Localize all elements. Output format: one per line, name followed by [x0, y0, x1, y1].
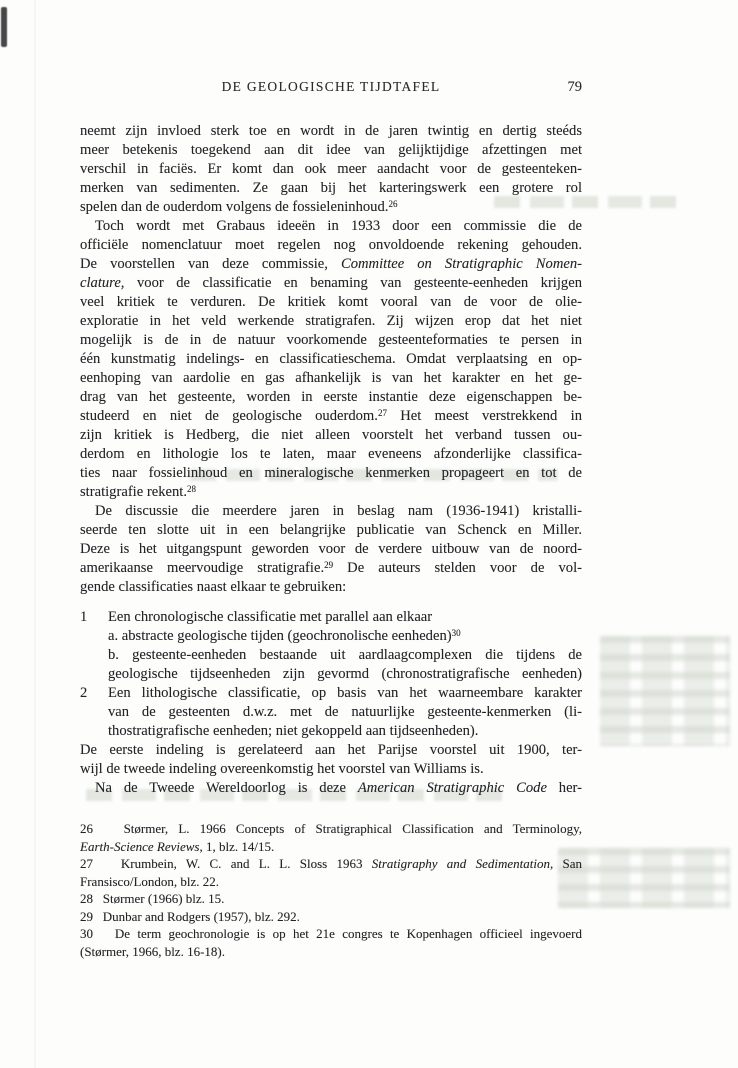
- footnote-line: Fransisco/London, blz. 22.: [80, 873, 582, 891]
- text-run: Een lithologische classificatie, op basi…: [108, 685, 582, 701]
- text-run: Een chronologische classificatie met par…: [108, 609, 432, 625]
- text-run: thostratigrafische eenheden; niet gekopp…: [108, 723, 478, 739]
- text-run: 26 Størmer, L. 1966 Concepts of Stratigr…: [80, 821, 582, 836]
- text-line: b. gesteente-eenheden bestaande uit aard…: [80, 646, 582, 665]
- text-run: merken van sedimenten. Ze gaan bij het k…: [80, 180, 582, 196]
- text-line: 1Een chronologische classificatie met pa…: [80, 608, 582, 627]
- text-run: Committee on Stratigraphic Nomen-: [341, 256, 582, 272]
- text-run: 30 De term geochronologie is op het 21e …: [80, 926, 582, 941]
- text-run: , 1, blz. 14/15.: [199, 839, 274, 854]
- text-line: thostratigrafische eenheden; niet gekopp…: [80, 722, 582, 741]
- paragraph-4: De eerste indeling is gerelateerd aan he…: [80, 741, 582, 798]
- running-header-title: DE GEOLOGISCHE TIJDTAFEL: [222, 79, 441, 94]
- left-edge-mark: [1, 7, 7, 47]
- text-run: Fransisco/London, blz. 22.: [80, 874, 219, 889]
- footnote-line: Earth-Science Reviews, 1, blz. 14/15.: [80, 838, 582, 856]
- paragraph-1: neemt zijn invloed sterk toe en wordt in…: [80, 122, 582, 217]
- text-line: De voorstellen van deze commissie, Commi…: [80, 255, 582, 274]
- text-run: Toch wordt met Grabaus ideeën in 1933 do…: [95, 218, 582, 234]
- text-line: mogelijk is de in de natuur voorkomende …: [80, 331, 582, 350]
- classification-list: 1Een chronologische classificatie met pa…: [80, 608, 582, 741]
- text-run: San: [553, 856, 582, 871]
- type-area: DE GEOLOGISCHE TIJDTAFEL 79 neemt zijn i…: [80, 78, 582, 960]
- text-line: stratigrafie rekent.28: [80, 483, 582, 502]
- bleed-through-artifact: [600, 636, 730, 746]
- text-run: voor de classificatie en benaming van ge…: [124, 275, 582, 291]
- text-run: Deze is het uitgangspunt geworden voor d…: [80, 541, 582, 557]
- text-line: Toch wordt met Grabaus ideeën in 1933 do…: [80, 217, 582, 236]
- text-line: geologische tijdseenheden zijn gevormd (…: [80, 665, 582, 684]
- text-run: De voorstellen van deze commissie,: [80, 256, 341, 272]
- text-line: meer betekenis toegekend aan dit idee va…: [80, 141, 582, 160]
- text-line: wijl de tweede indeling overeenkomstig h…: [80, 760, 582, 779]
- text-run: b. gesteente-eenheden bestaande uit aard…: [108, 647, 582, 663]
- text-run: derdom en lithologie los te laten, maar …: [80, 446, 582, 462]
- text-line: drag van het gesteente, worden in eerste…: [80, 388, 582, 407]
- text-run: gende classificaties naast elkaar te geb…: [80, 579, 346, 595]
- text-line: studeerd en niet de geologische ouderdom…: [80, 407, 582, 426]
- text-run: Het meest verstrekkend in: [387, 408, 582, 424]
- text-line: van de gesteenten d.w.z. met de natuurli…: [80, 703, 582, 722]
- footnote-reference: 29: [324, 560, 333, 570]
- footnotes: 26 Størmer, L. 1966 Concepts of Stratigr…: [80, 820, 582, 960]
- footnote-line: 29 Dunbar and Rodgers (1957), blz. 292.: [80, 908, 582, 926]
- footnote-reference: 27: [378, 408, 387, 418]
- paragraph-2: Toch wordt met Grabaus ideeën in 1933 do…: [80, 217, 582, 502]
- text-run: mogelijk is de in de natuur voorkomende …: [80, 332, 582, 348]
- text-line: Na de Tweede Wereldoorlog is deze Americ…: [80, 779, 582, 798]
- text-line: verschil in faciës. Er komt dan ook meer…: [80, 160, 582, 179]
- text-run: officiële nomenclatuur moet regelen nog …: [80, 237, 582, 253]
- text-line: eenhoping van aardolie en gas afhankelij…: [80, 369, 582, 388]
- text-line: a. abstracte geologische tijden (geochro…: [80, 627, 582, 646]
- text-run: her-: [547, 780, 582, 796]
- footnote-reference: 26: [388, 199, 397, 209]
- text-line: seerde ten slotte uit in een belangrijke…: [80, 521, 582, 540]
- text-run: studeerd en niet de geologische ouderdom…: [80, 408, 378, 424]
- text-line: 2Een lithologische classificatie, op bas…: [80, 684, 582, 703]
- text-run: 27 Krumbein, W. C. and L. L. Sloss 1963: [80, 856, 372, 871]
- text-run: stratigrafie rekent.: [80, 484, 187, 500]
- text-run: American Stratigraphic Code: [358, 780, 547, 796]
- text-line: amerikaanse meervoudige stratigrafie.29 …: [80, 559, 582, 578]
- text-run: veel kritiek te verduren. De kritiek kom…: [80, 294, 582, 310]
- footnote-reference: 28: [187, 484, 196, 494]
- text-line: zijn kritiek is Hedberg, die niet alleen…: [80, 426, 582, 445]
- text-line: Deze is het uitgangspunt geworden voor d…: [80, 540, 582, 559]
- text-run: één kunstmatig indelings- en classificat…: [80, 351, 582, 367]
- text-line: derdom en lithologie los te laten, maar …: [80, 445, 582, 464]
- footnote-reference: 30: [452, 628, 461, 638]
- text-run: eenhoping van aardolie en gas afhankelij…: [80, 370, 582, 386]
- text-line: De discussie die meerdere jaren in besla…: [80, 502, 582, 521]
- page-number: 79: [568, 78, 583, 96]
- text-run: meer betekenis toegekend aan dit idee va…: [80, 142, 582, 158]
- running-header: DE GEOLOGISCHE TIJDTAFEL 79: [80, 78, 582, 96]
- paragraph-3: De discussie die meerdere jaren in besla…: [80, 502, 582, 597]
- bleed-through-artifact: [558, 848, 730, 908]
- body-text: neemt zijn invloed sterk toe en wordt in…: [80, 122, 582, 798]
- text-line: gende classificaties naast elkaar te geb…: [80, 578, 582, 597]
- footnote-line: 26 Størmer, L. 1966 Concepts of Stratigr…: [80, 820, 582, 838]
- text-run: neemt zijn invloed sterk toe en wordt in…: [80, 123, 582, 139]
- text-run: (Størmer, 1966, blz. 16-18).: [80, 944, 225, 959]
- text-run: De eerste indeling is gerelateerd aan he…: [80, 742, 582, 758]
- text-run: Na de Tweede Wereldoorlog is deze: [95, 780, 358, 796]
- text-line: officiële nomenclatuur moet regelen nog …: [80, 236, 582, 255]
- text-run: drag van het gesteente, worden in eerste…: [80, 389, 582, 405]
- text-line: neemt zijn invloed sterk toe en wordt in…: [80, 122, 582, 141]
- footnote-line: 27 Krumbein, W. C. and L. L. Sloss 1963 …: [80, 855, 582, 873]
- text-run: De auteurs stelden voor de vol-: [333, 560, 582, 576]
- text-line: De eerste indeling is gerelateerd aan he…: [80, 741, 582, 760]
- text-line: spelen dan de ouderdom volgens de fossie…: [80, 198, 582, 217]
- text-line: veel kritiek te verduren. De kritiek kom…: [80, 293, 582, 312]
- text-line: clature, voor de classificatie en benami…: [80, 274, 582, 293]
- list-item-number: 2: [80, 684, 87, 703]
- text-run: wijl de tweede indeling overeenkomstig h…: [80, 761, 484, 777]
- text-line: ties naar fossielinhoud en mineralogisch…: [80, 464, 582, 483]
- text-run: zijn kritiek is Hedberg, die niet alleen…: [80, 427, 582, 443]
- text-run: amerikaanse meervoudige stratigrafie.: [80, 560, 324, 576]
- text-line: merken van sedimenten. Ze gaan bij het k…: [80, 179, 582, 198]
- footnote-line: 28 Størmer (1966) blz. 15.: [80, 890, 582, 908]
- text-line: exploratie in het veld werkende stratigr…: [80, 312, 582, 331]
- text-run: a. abstracte geologische tijden (geochro…: [108, 628, 452, 644]
- book-page-scan: DE GEOLOGISCHE TIJDTAFEL 79 neemt zijn i…: [0, 0, 738, 1068]
- text-run: seerde ten slotte uit in een belangrijke…: [80, 522, 582, 538]
- text-run: geologische tijdseenheden zijn gevormd (…: [108, 666, 582, 682]
- text-run: 29 Dunbar and Rodgers (1957), blz. 292.: [80, 909, 300, 924]
- text-run: van de gesteenten d.w.z. met de natuurli…: [108, 704, 582, 720]
- text-run: ties naar fossielinhoud en mineralogisch…: [80, 465, 582, 481]
- footnote-line: 30 De term geochronologie is op het 21e …: [80, 925, 582, 943]
- footnote-line: (Størmer, 1966, blz. 16-18).: [80, 943, 582, 961]
- text-run: exploratie in het veld werkende stratigr…: [80, 313, 582, 329]
- text-run: clature,: [80, 275, 124, 291]
- text-run: Earth-Science Reviews: [80, 839, 199, 854]
- text-run: 28 Størmer (1966) blz. 15.: [80, 891, 224, 906]
- text-run: verschil in faciës. Er komt dan ook meer…: [80, 161, 582, 177]
- text-run: spelen dan de ouderdom volgens de fossie…: [80, 199, 388, 215]
- text-run: Stratigraphy and Sedimentation,: [372, 856, 553, 871]
- list-item-number: 1: [80, 608, 87, 627]
- scan-fold-line: [34, 0, 36, 1068]
- text-run: De discussie die meerdere jaren in besla…: [95, 503, 582, 519]
- text-line: één kunstmatig indelings- en classificat…: [80, 350, 582, 369]
